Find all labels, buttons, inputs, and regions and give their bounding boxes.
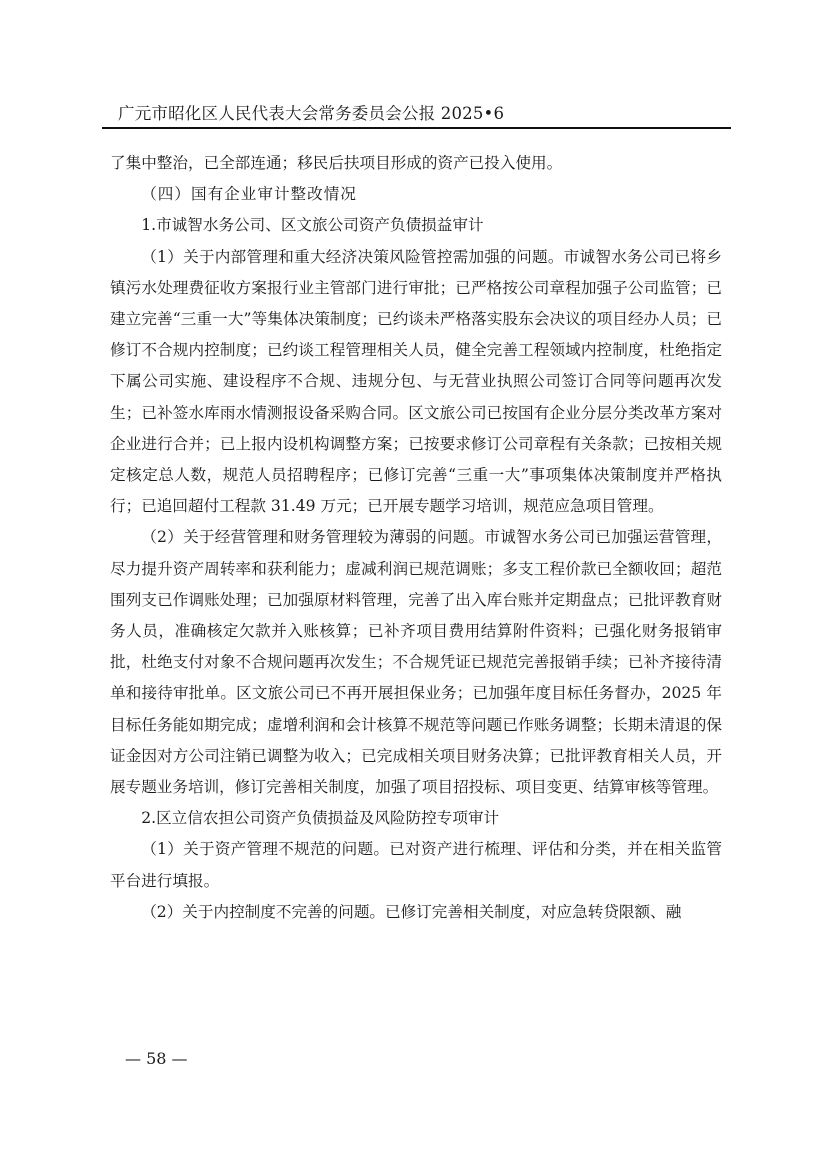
subheading-water-tourism-audit: 1.市诚智水务公司、区文旅公司资产负债损益审计 xyxy=(110,210,722,241)
header-rule xyxy=(102,127,731,129)
bulletin-title: 广元市昭化区人民代表大会常务委员会公报 2025•6 xyxy=(118,104,731,124)
page-number: — 58 — xyxy=(125,1049,188,1069)
document-body: 了集中整治，已全部连通；移民后扶项目形成的资产已投入使用。 （四）国有企业审计整… xyxy=(110,148,722,928)
paragraph-internal-management: （1）关于内部管理和重大经济决策风险管控需加强的问题。市诚智水务公司已将乡镇污水… xyxy=(110,242,722,523)
page-header: 广元市昭化区人民代表大会常务委员会公报 2025•6 xyxy=(102,104,731,129)
subheading-guarantee-company-audit: 2.区立信农担公司资产负债损益及风险防控专项审计 xyxy=(110,803,722,834)
paragraph-internal-control: （2）关于内控制度不完善的问题。已修订完善相关制度，对应急转贷限额、融 xyxy=(110,897,722,928)
paragraph-operations-finance: （2）关于经营管理和财务管理较为薄弱的问题。市诚智水务公司已加强运营管理，尽力提… xyxy=(110,522,722,803)
section-heading-state-enterprise-audit: （四）国有企业审计整改情况 xyxy=(110,179,722,210)
paragraph-continuation: 了集中整治，已全部连通；移民后扶项目形成的资产已投入使用。 xyxy=(110,148,722,179)
paragraph-asset-management: （1）关于资产管理不规范的问题。已对资产进行梳理、评估和分类，并在相关监管平台进… xyxy=(110,834,722,896)
